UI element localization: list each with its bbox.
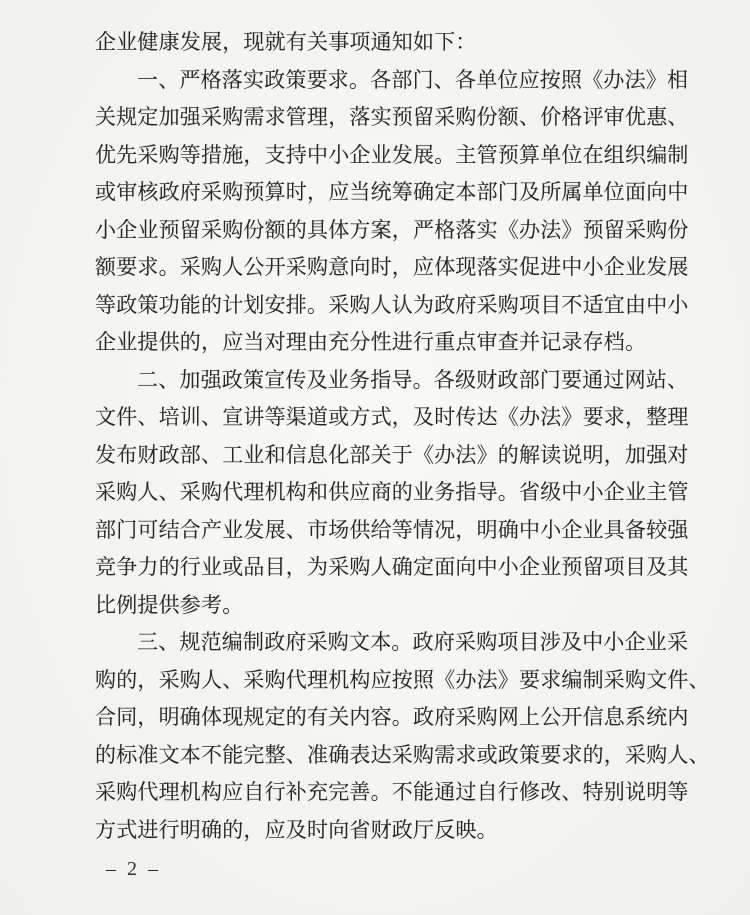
document-body: 企业健康发展，现就有关事项通知如下：一、严格落实政策要求。各部门、各单位应按照《… xyxy=(95,24,667,849)
text-line: 优先采购等措施，支持中小企业发展。主管预算单位在组织编制 xyxy=(95,137,667,175)
text-line: 的标准文本不能完整、准确表达采购需求或政策要求的，采购人、 xyxy=(95,737,667,775)
text-line: 方式进行明确的，应及时向省财政厅反映。 xyxy=(95,812,667,850)
scan-speck xyxy=(526,256,529,259)
text-line: 一、严格落实政策要求。各部门、各单位应按照《办法》相 xyxy=(95,62,667,100)
scanned-document-page: 企业健康发展，现就有关事项通知如下：一、严格落实政策要求。各部门、各单位应按照《… xyxy=(0,0,750,915)
text-line: 企业健康发展，现就有关事项通知如下： xyxy=(95,24,667,62)
text-line: 企业提供的，应当对理由充分性进行重点审查并记录存档。 xyxy=(95,324,667,362)
text-line: 等政策功能的计划安排。采购人认为政府采购项目不适宜由中小 xyxy=(95,287,667,325)
text-line: 部门可结合产业发展、市场供给等情况，明确中小企业具备较强 xyxy=(95,512,667,550)
text-line: 采购人、采购代理机构和供应商的业务指导。省级中小企业主管 xyxy=(95,474,667,512)
text-line: 文件、培训、宣讲等渠道或方式，及时传达《办法》要求，整理 xyxy=(95,399,667,437)
text-line: 比例提供参考。 xyxy=(95,587,667,625)
text-line: 小企业预留采购份额的具体方案，严格落实《办法》预留采购份 xyxy=(95,212,667,250)
text-line: 竞争力的行业或品目，为采购人确定面向中小企业预留项目及其 xyxy=(95,549,667,587)
text-line: 购的，采购人、采购代理机构应按照《办法》要求编制采购文件、 xyxy=(95,662,667,700)
text-line: 三、规范编制政府采购文本。政府采购项目涉及中小企业采 xyxy=(95,624,667,662)
text-line: 额要求。采购人公开采购意向时，应体现落实促进中小企业发展 xyxy=(95,249,667,287)
text-line: 采购代理机构应自行补充完善。不能通过自行修改、特别说明等 xyxy=(95,774,667,812)
text-line: 合同，明确体现规定的有关内容。政府采购网上公开信息系统内 xyxy=(95,699,667,737)
text-line: 关规定加强采购需求管理，落实预留采购份额、价格评审优惠、 xyxy=(95,99,667,137)
page-number: – 2 – xyxy=(106,858,161,881)
text-line: 或审核政府采购预算时，应当统筹确定本部门及所属单位面向中 xyxy=(95,174,667,212)
text-line: 二、加强政策宣传及业务指导。各级财政部门要通过网站、 xyxy=(95,362,667,400)
text-line: 发布财政部、工业和信息化部关于《办法》的解读说明，加强对 xyxy=(95,437,667,475)
